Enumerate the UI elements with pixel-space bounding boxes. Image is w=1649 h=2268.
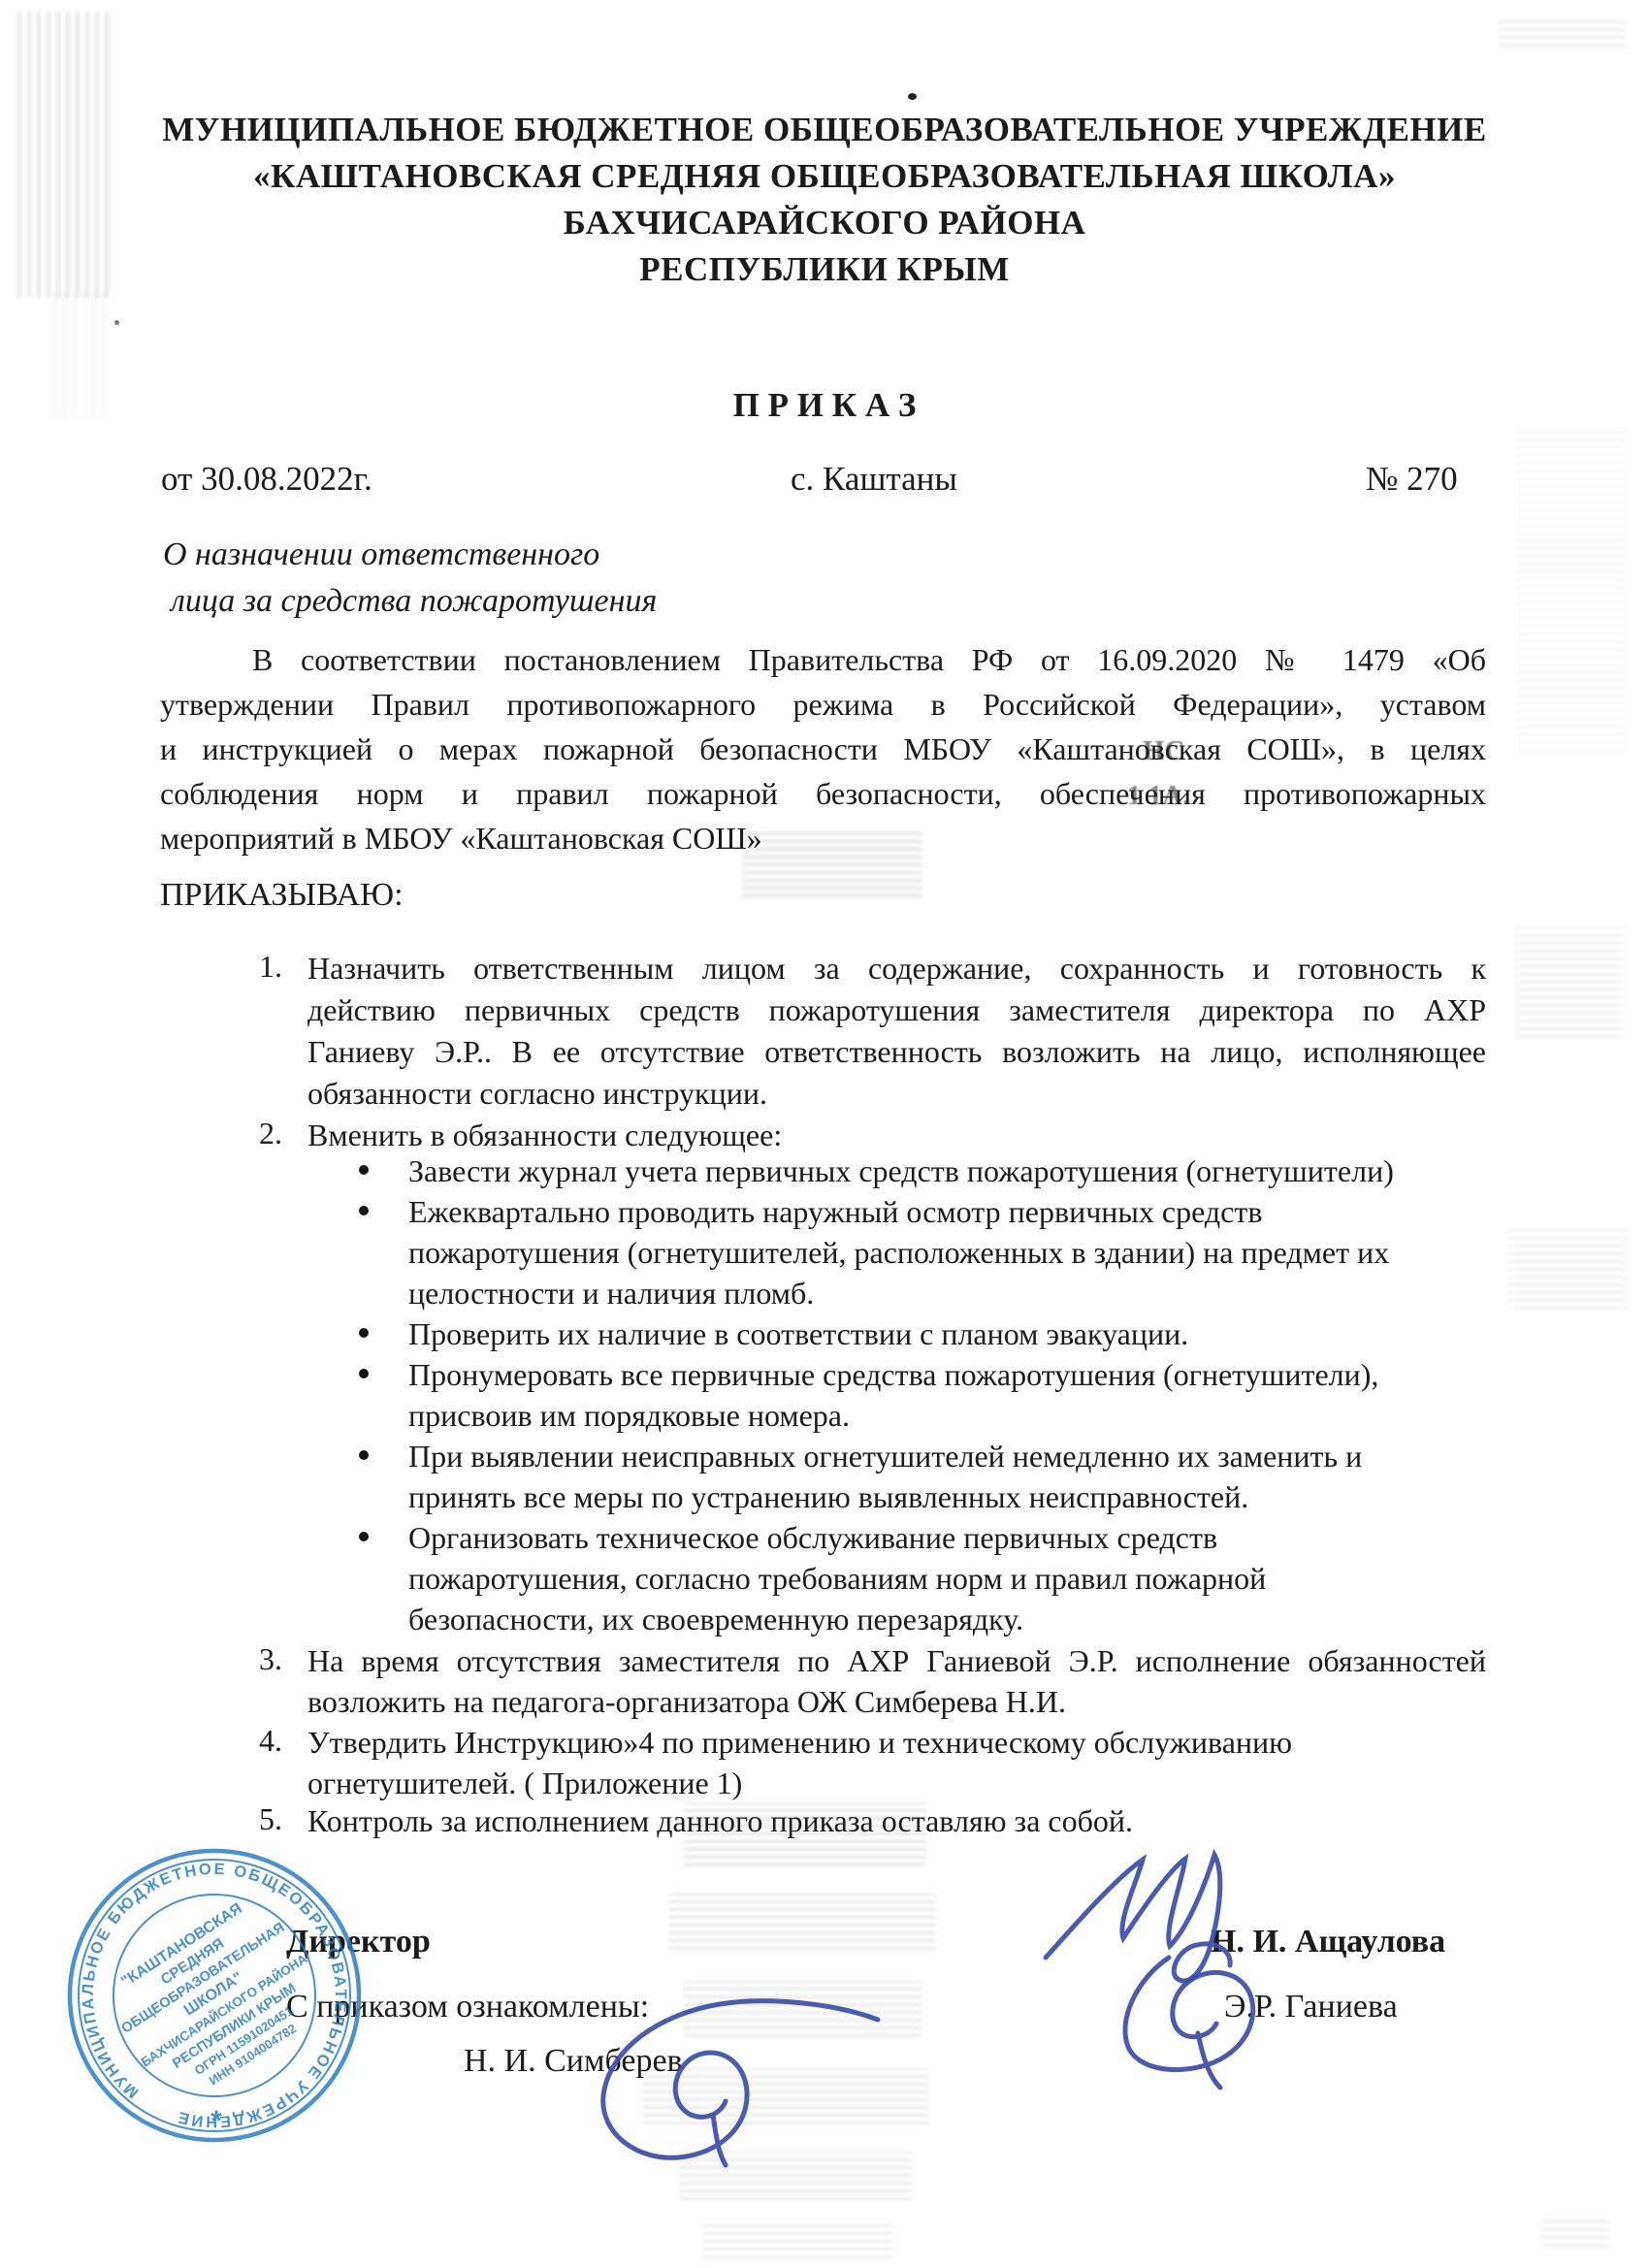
- item-line: обязанности согласно инструкции.: [307, 1074, 767, 1113]
- bullet-line: Завести журнал учета первичных средств п…: [408, 1151, 1394, 1190]
- org-name-line-1: МУНИЦИПАЛЬНОЕ БЮДЖЕТНОЕ ОБЩЕОБРАЗОВАТЕЛЬ…: [0, 110, 1649, 150]
- bullet-line: При выявлении неисправных огнетушителей …: [408, 1437, 1362, 1475]
- scan-artifact: [1542, 2218, 1610, 2247]
- intro-line: В соответствии постановлением Правительс…: [160, 640, 1486, 679]
- bullet-line: Ежеквартально проводить наружный осмотр …: [408, 1192, 1262, 1231]
- scan-artifact: [908, 93, 917, 100]
- bullet-marker: [359, 1328, 369, 1338]
- scan-artifact: [742, 829, 921, 897]
- bullet-marker: [359, 1532, 369, 1541]
- item-line: огнетушителей. ( Приложение 1): [307, 1764, 742, 1802]
- scan-artifact: [669, 1894, 936, 1950]
- school-stamp: МУНИЦИПАЛЬНОЕ БЮДЖЕТНОЕ ОБЩЕОБРАЗОВАТЕЛЬ…: [45, 1824, 386, 2173]
- simberev-signature: [577, 1984, 897, 2178]
- bullet-line: пожаротушения (огнетушителей, расположен…: [408, 1233, 1389, 1272]
- scan-artifact: [1518, 432, 1625, 752]
- item-line: Назначить ответственным лицом за содержа…: [307, 949, 1486, 988]
- item-line: действию первичных средств пожаротушения…: [307, 990, 1486, 1029]
- bullet-line: Пронумеровать все первичные средства пож…: [408, 1355, 1378, 1394]
- intro-line: и инструкцией о мерах пожарной безопасно…: [160, 729, 1486, 768]
- intro-line: мероприятий в МБОУ «Каштановская СОШ»: [160, 819, 762, 858]
- item-line: Утвердить Инструкцию»4 по применению и т…: [307, 1723, 1292, 1762]
- org-name-line-4: РЕСПУБЛИКИ КРЫМ: [0, 249, 1649, 290]
- item-line: возложить на педагога-организатора ОЖ Си…: [307, 1682, 1066, 1721]
- org-name-line-3: БАХЧИСАРАЙСКОГО РАЙОНА: [0, 203, 1649, 243]
- bullet-line: Проверить их наличие в соответствии с пл…: [408, 1314, 1188, 1353]
- bullet-marker: [359, 1450, 369, 1460]
- item-line: На время отсутствия заместителя по АХР Г…: [307, 1641, 1486, 1680]
- scan-artifact: [703, 2221, 892, 2258]
- item-line: Вменить в обязанности следующее:: [307, 1116, 782, 1154]
- intro-line: соблюдения норм и правил пожарной безопа…: [160, 774, 1486, 813]
- bullet-marker: [359, 1369, 369, 1378]
- item-line: Контроль за исполнением данного приказа …: [307, 1801, 1133, 1840]
- bullet-line: целостности и наличия пломб.: [408, 1274, 814, 1312]
- scan-artifact: [1508, 1224, 1630, 1310]
- item-number: 3.: [259, 1641, 282, 1677]
- scan-artifact: [114, 320, 119, 325]
- order-place: с. Каштаны: [791, 460, 957, 499]
- order-number: № 270: [1366, 460, 1458, 499]
- item-number: 2.: [259, 1116, 282, 1151]
- order-date: от 30.08.2022г.: [161, 460, 372, 499]
- scan-artifact: [1499, 19, 1625, 47]
- intro-line: утверждении Правил противопожарного режи…: [160, 685, 1486, 724]
- order-title: П Р И К А З: [0, 386, 1649, 425]
- item-number: 4.: [259, 1723, 282, 1759]
- bullet-line: пожаротушения, согласно требованиям норм…: [408, 1559, 1266, 1598]
- item-line: Ганиеву Э.Р.. В ее отсутствие ответствен…: [307, 1032, 1486, 1071]
- bullet-line: принять все меры по устранению выявленны…: [408, 1477, 1248, 1516]
- resolve-heading: ПРИКАЗЫВАЮ:: [160, 876, 404, 915]
- bullet-line: безопасности, их своевременную перезаряд…: [408, 1600, 1023, 1638]
- scan-artifact: [1513, 922, 1625, 1038]
- bullet-marker: [359, 1165, 369, 1175]
- stamp-star: *: [210, 2105, 222, 2137]
- bullet-marker: [359, 1206, 369, 1215]
- ganieva-signature: [1106, 1940, 1280, 2100]
- bullet-line: присвоив им порядковые номера.: [408, 1396, 850, 1435]
- document-page: НС 1 1А. МУНИЦИПАЛЬНОЕ БЮДЖЕТНОЕ ОБЩЕОБР…: [0, 0, 1649, 2268]
- bullet-line: Организовать техническое обслуживание пе…: [408, 1518, 1217, 1557]
- org-name-line-2: «КАШТАНОВСКАЯ СРЕДНЯЯ ОБЩЕОБРАЗОВАТЕЛЬНА…: [0, 156, 1649, 197]
- item-number: 1.: [259, 949, 282, 985]
- subject-line-1: О назначении ответственного: [163, 535, 599, 574]
- subject-line-2: лица за средства пожаротушения: [171, 582, 657, 621]
